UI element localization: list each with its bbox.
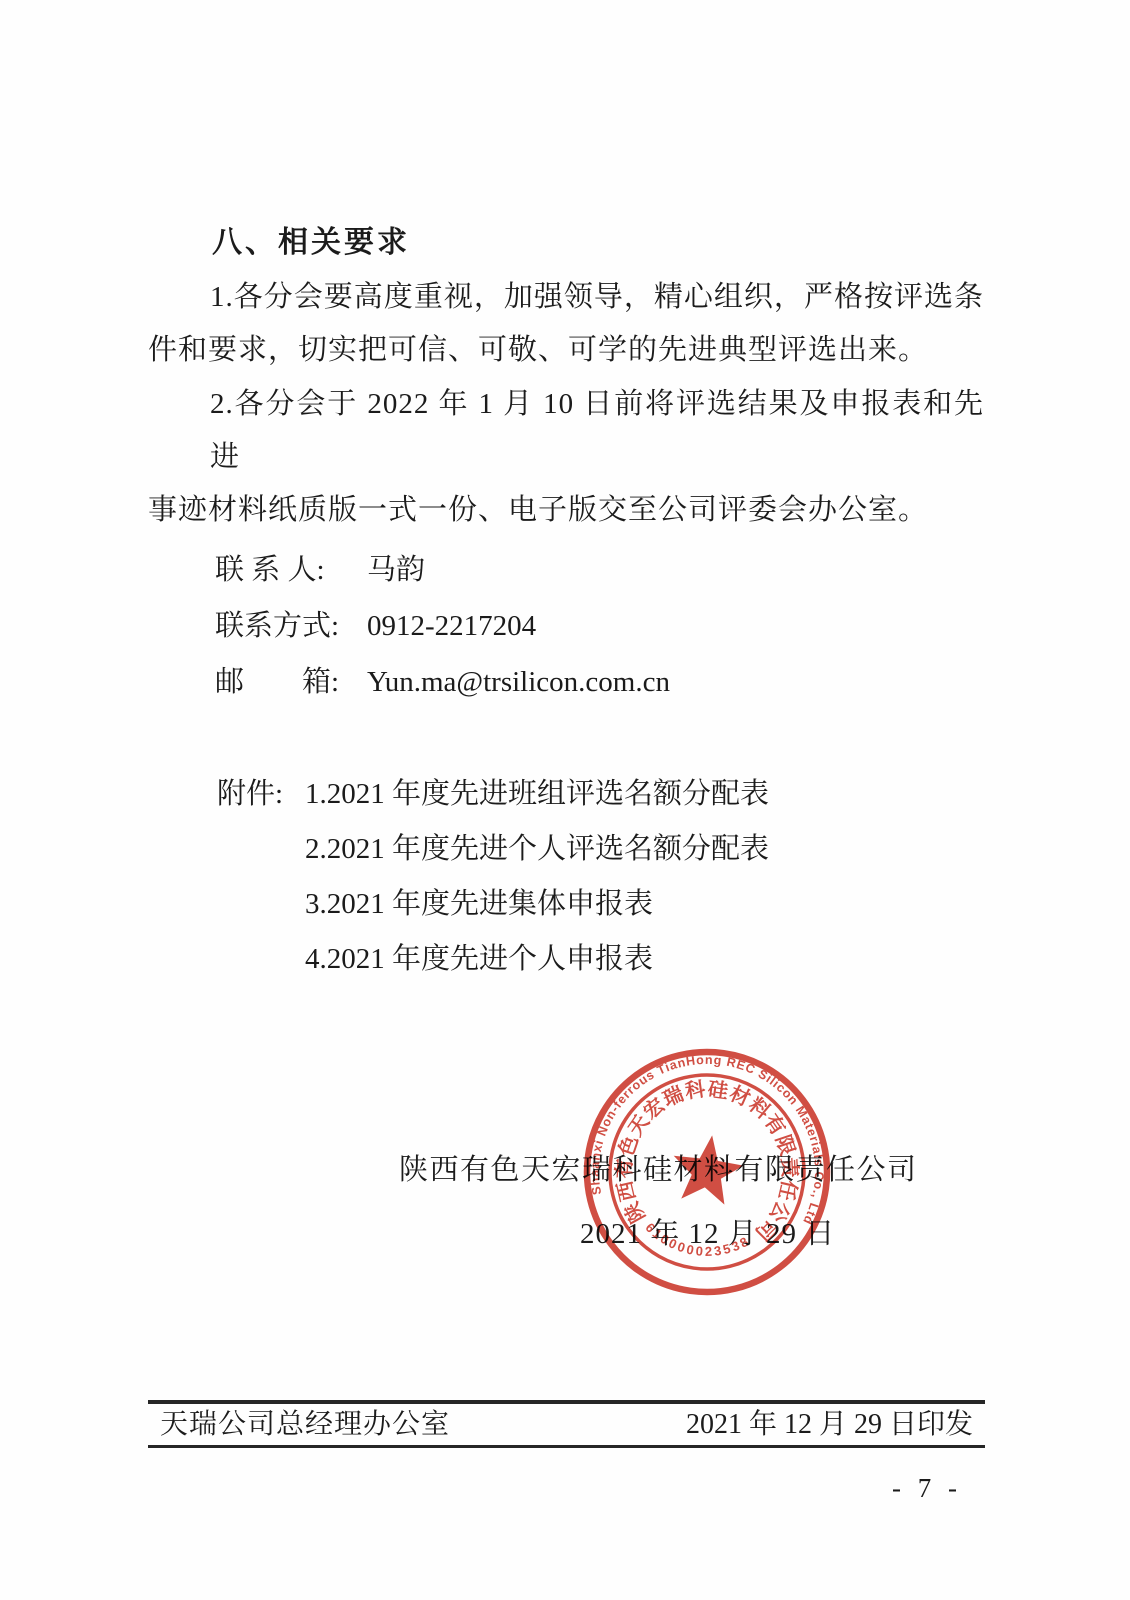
document-page: 八、相关要求 1.各分会要高度重视，加强领导，精心组织，严格按评选条 件和要求，… (0, 0, 1130, 1600)
attachment-item-4: 4.2021 年度先进个人申报表 (305, 932, 769, 987)
footer-print-date: 2021 年 12 月 29 日印发 (686, 1408, 973, 1442)
contact-person-row: 联 系 人: 马韵 (215, 542, 670, 598)
attachment-item-1: 1.2021 年度先进班组评选名额分配表 (305, 767, 769, 822)
seal-registration-number: 610000023538 (640, 1219, 755, 1266)
footer-issuing-office: 天瑞公司总经理办公室 (160, 1408, 450, 1442)
paragraph-2: 2.各分会于 2022 年 1 月 10 日前将评选结果及申报表和先进 事迹材料… (148, 378, 984, 537)
footer-rule-bottom (148, 1445, 985, 1448)
paragraph-2-line-2: 事迹材料纸质版一式一份、电子版交至公司评委会办公室。 (148, 484, 984, 537)
attachments-label: 附件: (217, 767, 305, 987)
contact-email-row: 邮 箱: Yun.ma@trsilicon.com.cn (215, 654, 670, 710)
footer-row: 天瑞公司总经理办公室 2021 年 12 月 29 日印发 (148, 1408, 985, 1442)
contact-block: 联 系 人: 马韵 联系方式: 0912-2217204 邮 箱: Yun.ma… (215, 542, 670, 710)
company-seal-stamp: Shaanxi Non-ferrous TianHong REC Silicon… (560, 1025, 854, 1319)
attachment-item-2: 2.2021 年度先进个人评选名额分配表 (305, 822, 769, 877)
attachment-item-3: 3.2021 年度先进集体申报表 (305, 877, 769, 932)
paragraph-1-line-2: 件和要求，切实把可信、可敬、可学的先进典型评选出来。 (148, 324, 984, 377)
contact-phone-row: 联系方式: 0912-2217204 (215, 598, 670, 654)
paragraph-1-line-1: 1.各分会要高度重视，加强领导，精心组织，严格按评选条 (148, 271, 984, 324)
footer-rule-top (148, 1400, 985, 1404)
contact-email-label: 邮 箱: (215, 654, 367, 710)
contact-person-value: 马韵 (367, 542, 425, 598)
page-number: - 7 - (892, 1473, 962, 1504)
attachments-list: 1.2021 年度先进班组评选名额分配表 2.2021 年度先进个人评选名额分配… (305, 767, 769, 987)
paragraph-2-line-1: 2.各分会于 2022 年 1 月 10 日前将评选结果及申报表和先进 (148, 378, 984, 484)
paragraph-1: 1.各分会要高度重视，加强领导，精心组织，严格按评选条 件和要求，切实把可信、可… (148, 271, 984, 377)
contact-email-value: Yun.ma@trsilicon.com.cn (367, 654, 670, 710)
attachments-block: 附件: 1.2021 年度先进班组评选名额分配表 2.2021 年度先进个人评选… (217, 767, 769, 987)
section-heading: 八、相关要求 (212, 217, 410, 261)
seal-star-icon (668, 1130, 747, 1206)
contact-phone-label: 联系方式: (215, 598, 367, 654)
contact-person-label: 联 系 人: (215, 542, 367, 598)
contact-phone-value: 0912-2217204 (367, 598, 536, 654)
